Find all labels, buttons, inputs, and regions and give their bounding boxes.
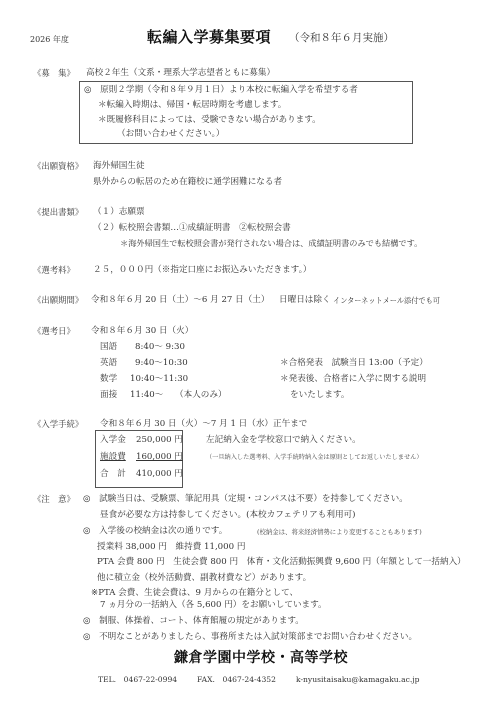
- fee-amount: 410,000 円: [136, 470, 183, 479]
- school-email[interactable]: k-nyusitaisaku@kamagaku.ac.jp: [296, 676, 420, 684]
- exam-time: 11:40～: [130, 391, 163, 400]
- notes-line: ◎ 不明なことがありましたら、事務所または入試対策部までお問い合わせください。: [83, 633, 417, 642]
- school-name: 鎌倉学園中学校・高等学校: [174, 651, 348, 665]
- exam-subject: 国語: [100, 343, 117, 352]
- documents-line: （２）転校照会書類…①成績証明書 ②転校照会書: [93, 224, 291, 233]
- recruitment-box-line: ＊既履修科目によっては、受験できない場合があります。: [98, 116, 321, 125]
- fee-name: 入学金: [100, 436, 126, 445]
- enrollment-period: 令和８年６月 30 日（火）～7 月 1 日（水）正午まで: [100, 420, 307, 429]
- fee-text: ２５，０００円（※指定口座にお振込みいただきます。）: [93, 266, 311, 275]
- school-tel: TEL. 0467-22-0994: [98, 676, 177, 684]
- fee-name: 合 計: [100, 470, 126, 479]
- enrollment-refund-note: （一旦納入した選考料、入学手続時納入金は原則としてお返しいたしません）: [206, 455, 423, 461]
- exam-time: 10:40～11:30: [130, 375, 188, 384]
- exam-interview-note: （本人のみ）: [175, 391, 227, 400]
- fee-label: 《選考料》: [33, 266, 75, 274]
- application-period-note: 日曜日は除く: [279, 296, 331, 305]
- exam-result-note: をいたします。: [290, 391, 349, 400]
- exam-day-label: 《選考日》: [33, 327, 75, 335]
- enrollment-label: 《入学手続》: [33, 420, 83, 428]
- eligibility-line: 海外帰国生徒: [93, 162, 145, 171]
- enrollment-instruction: 左記納入金を学校窓口で納入ください。: [206, 436, 361, 445]
- recruitment-box-line: ＊転編入時期は、帰国・転居時期を考慮します。: [98, 101, 286, 110]
- school-fax: FAX. 0467-24-4352: [197, 676, 276, 684]
- notes-line: PTA 会費 800 円 生徒会費 800 円 体育・文化活動振興費 9,600…: [97, 558, 466, 567]
- exam-result-note: ＊合格発表 試験当日 13:00（予定）: [280, 359, 428, 368]
- notes-line: 他に積立金（校外活動費、副教材費など）があります。: [97, 574, 311, 583]
- exam-subject: 英語: [100, 359, 117, 368]
- notes-line: ◎ 試験当日は、受験票、筆記用具（定規・コンパスは不要）を持参してください。: [83, 495, 408, 504]
- exam-time: 8:40～ 9:30: [135, 343, 185, 352]
- documents-line: （１）志願票: [93, 208, 145, 217]
- exam-subject: 数学: [100, 375, 117, 384]
- application-period-label: 《出願期間》: [33, 296, 83, 304]
- notes-line: ◎ 制服、体操着、コート、体育館履の規定があります。: [83, 617, 304, 626]
- notes-line: ◎ 入学後の校納金は次の通りです。: [83, 527, 227, 536]
- notes-line: 昼食が必要な方は持参してください。(本校カフェテリアも利用可): [100, 511, 356, 520]
- exam-result-note: ＊発表後、合格者に入学に関する説明: [280, 375, 426, 384]
- notes-line: ※PTA 会費、生徒会費は、9 月からの在籍分として、: [91, 589, 298, 598]
- exam-date: 令和８年６月 30 日（火）: [91, 327, 193, 336]
- recruitment-target: 高校２年生（文系・理系大学志望者ともに募集）: [86, 69, 275, 78]
- eligibility-line: 県外からの転居のため在籍校に通学困難になる者: [93, 178, 282, 187]
- recruitment-box-line: （お問い合わせください。）: [117, 130, 224, 139]
- notes-fee-change-note: (校納金は、将来経済情勢により変更することもあります): [257, 529, 422, 535]
- page-title: 転編入学募集要項: [147, 30, 271, 45]
- notes-line: 授業料 38,000 円 維持費 11,000 円: [97, 543, 245, 552]
- fiscal-year: 2026 年度: [30, 36, 69, 44]
- documents-note: ＊海外帰国生で転校照会書が発行されない場合は、成績証明書のみでも結構です。: [120, 239, 422, 247]
- exam-time: 9:40～10:30: [135, 359, 188, 368]
- application-period-internet-note: インターネットメール添付でも可: [333, 297, 440, 304]
- notes-line: 7 ヵ月分の一括納入（各 5,600 円）をお願いしています。: [100, 601, 327, 610]
- recruitment-box-line: ◎ 原則２学期（令和８年９月１日）より本校に転編入学を希望する者: [84, 86, 358, 95]
- eligibility-label: 《出願資格》: [33, 162, 83, 170]
- fee-amount: 160,000 円: [136, 453, 183, 462]
- documents-label: 《提出書類》: [33, 208, 83, 216]
- fee-amount: 250,000 円: [136, 436, 183, 445]
- application-period-text: 令和８年６月 20 日（土）～6 月 27 日（土）: [91, 296, 270, 305]
- recruitment-label: 《募 集》: [33, 69, 75, 77]
- notes-label: 《注 意》: [33, 495, 75, 503]
- exam-subject: 面接: [100, 391, 117, 400]
- page-subtitle: （令和８年６月実施）: [289, 33, 394, 44]
- fee-name: 施設費: [100, 453, 126, 462]
